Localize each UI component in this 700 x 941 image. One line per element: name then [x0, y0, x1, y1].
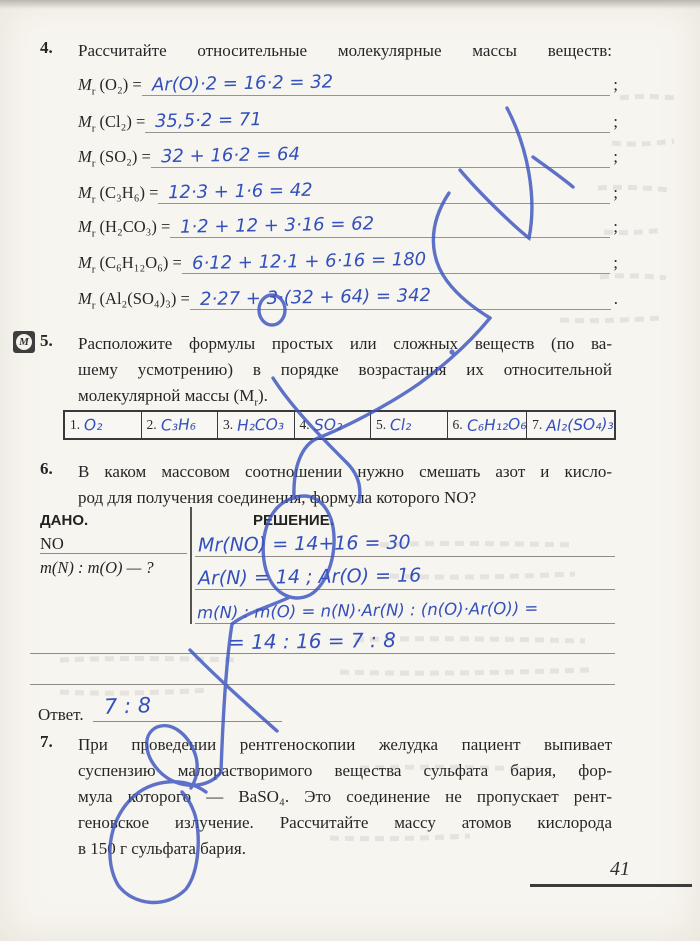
table-cell: 5.Cl₂ — [371, 412, 448, 438]
scan-edge — [0, 0, 700, 9]
answer-line: 35,5·2 = 71 — [145, 102, 610, 133]
table-cell: 3.H₂CO₃ — [218, 412, 295, 438]
handwritten-solution: Ar(N) = 14 ; Ar(O) = 16 — [198, 564, 422, 589]
formula-row: Mr (H₂CO₃) = 1·2 + 12 + 3·16 = 62 ; — [78, 208, 618, 238]
mr-symbol: M — [78, 75, 92, 94]
formula-row: Mr (Cl₂) = 35,5·2 = 71 ; — [78, 103, 618, 133]
dado-solution-divider — [190, 507, 192, 624]
task-type-badge: М — [13, 331, 35, 353]
handwritten-answer: 2·27 + 3·(32 + 64) = 342 — [200, 285, 431, 310]
table-cell: 4.SO₂ — [295, 412, 372, 438]
mr-symbol: M — [78, 183, 92, 202]
table-cell: 1.O₂ — [65, 412, 142, 438]
formula: (C₆H₁₂O₆) = — [100, 253, 182, 272]
table-cell: 6.C₆H₁₂O₆ — [448, 412, 528, 438]
given-label: ДАНО. — [40, 512, 88, 529]
handwritten-formula: Cl₂ — [390, 416, 412, 435]
task4-title: Рассчитайте относительные молекулярные м… — [78, 38, 612, 64]
formula-row: Mr (O₂) = Ar(O)·2 = 16·2 = 32 ; — [78, 66, 618, 96]
handwritten-answer: Ar(O)·2 = 16·2 = 32 — [151, 71, 332, 95]
mr-symbol: M — [78, 147, 92, 166]
handwritten-formula: Al₂(SO₄)₃ — [546, 415, 614, 435]
handwritten-final-answer: 7 : 8 — [104, 693, 152, 719]
mr-symbol: M — [78, 253, 92, 272]
solution-line — [195, 589, 615, 590]
answer-line: 1·2 + 12 + 3·16 = 62 — [170, 207, 610, 238]
solution-line — [195, 556, 615, 557]
ordering-table: 1.O₂ 2.C₃H₆ 3.H₂CO₃ 4.SO₂ 5.Cl₂ 6.C₆H₁₂O… — [63, 410, 616, 440]
handwritten-solution: = 14 : 16 = 7 : 8 — [228, 628, 396, 654]
formula: (Al₂(SO₄)₃) = — [100, 289, 190, 308]
task5-number: 5. — [40, 331, 53, 351]
task7-text-line: При проведении рентгеноскопии желудка па… — [78, 732, 612, 758]
badge-m-icon: М — [16, 334, 32, 350]
answer-line: 2·27 + 3·(32 + 64) = 342 — [190, 279, 611, 310]
formula-row: Mr (C₆H₁₂O₆) = 6·12 + 12·1 + 6·16 = 180 … — [78, 244, 618, 274]
task6-text-line: род для получения соединения, формула ко… — [78, 485, 612, 511]
task4-number: 4. — [40, 38, 53, 58]
mr-symbol: M — [78, 289, 92, 308]
page-number: 41 — [585, 858, 655, 881]
handwritten-formula: C₃H₆ — [160, 415, 196, 434]
formula: (O₂) = — [100, 75, 142, 94]
workbook-page: 4. Рассчитайте относительные молекулярны… — [0, 0, 700, 941]
task5-text-line: Расположите формулы простых или сложных … — [78, 331, 612, 357]
handwritten-solution: m(N) : m(O) = n(N)·Ar(N) : (n(O)·Ar(O)) … — [197, 599, 539, 623]
task6-number: 6. — [40, 459, 53, 479]
task7-text-line: суспензию малорастворимого вещества суль… — [78, 758, 612, 784]
handwritten-formula: H₂CO₃ — [237, 415, 285, 435]
given-value: NO — [40, 534, 64, 554]
task5-text-line: шему усмотрению) в порядке возрастания и… — [78, 357, 612, 383]
formula: (SO₂) = — [100, 147, 151, 166]
task5-text-line: молекулярной массы (Mr). — [78, 383, 612, 409]
handwritten-solution: Mr(NO) = 14+16 = 30 — [198, 532, 411, 557]
answer-line — [93, 721, 282, 722]
formula-row: Mr (C₃H₆) = 12·3 + 1·6 = 42 ; — [78, 174, 618, 204]
task7-text-line: геновское излучение. Рассчитайте массу а… — [78, 810, 612, 836]
solution-line — [30, 684, 615, 685]
answer-label: Ответ. — [38, 702, 84, 728]
handwritten-formula: C₆H₁₂O₆ — [466, 415, 526, 435]
task7-number: 7. — [40, 732, 53, 752]
formula: (C₃H₆) = — [100, 183, 159, 202]
mr-symbol: M — [78, 217, 92, 236]
formula: (H₂CO₃) = — [100, 217, 171, 236]
solution-label: РЕШЕНИЕ. — [253, 512, 334, 529]
pen-answer-cross-stroke — [190, 650, 277, 731]
table-cell: 2.C₃H₆ — [142, 412, 219, 438]
given-divider — [40, 553, 187, 554]
handwritten-formula: O₂ — [84, 416, 103, 435]
handwritten-answer: 35,5·2 = 71 — [155, 109, 262, 132]
task7-text-line: в 150 г сульфата бария. — [78, 836, 612, 862]
handwritten-answer: 1·2 + 12 + 3·16 = 62 — [180, 213, 374, 237]
task6-text-line: В каком массовом соотношении нужно смеша… — [78, 459, 612, 485]
formula-row: Mr (Al₂(SO₄)₃) = 2·27 + 3·(32 + 64) = 34… — [78, 280, 618, 310]
find-expression: m(N) : m(O) — ? — [40, 558, 154, 578]
formula-row: Mr (SO₂) = 32 + 16·2 = 64 ; — [78, 138, 618, 168]
answer-line: Ar(O)·2 = 16·2 = 32 — [142, 65, 611, 96]
mr-symbol: M — [78, 112, 92, 131]
solution-line — [195, 623, 615, 624]
answer-line: 12·3 + 1·6 = 42 — [158, 173, 610, 204]
answer-line: 6·12 + 12·1 + 6·16 = 180 — [182, 243, 610, 274]
answer-line: 32 + 16·2 = 64 — [151, 137, 610, 168]
handwritten-answer: 6·12 + 12·1 + 6·16 = 180 — [192, 249, 427, 274]
handwritten-formula: SO₂ — [313, 416, 342, 435]
task7-text-line: мула которого — BaSO₄. Это соединение не… — [78, 784, 612, 810]
handwritten-answer: 32 + 16·2 = 64 — [161, 144, 300, 167]
solution-line — [30, 653, 615, 654]
handwritten-answer: 12·3 + 1·6 = 42 — [168, 180, 313, 204]
table-cell: 7.Al₂(SO₄)₃ — [527, 412, 614, 438]
formula: (Cl₂) = — [100, 112, 146, 131]
page-number-rule — [530, 884, 692, 887]
